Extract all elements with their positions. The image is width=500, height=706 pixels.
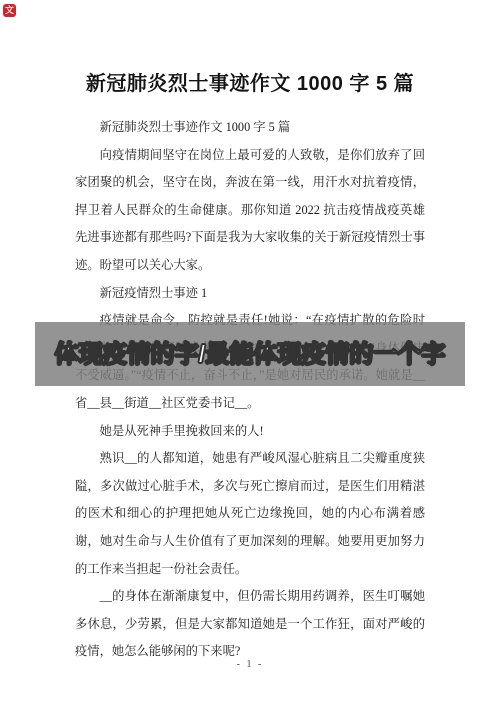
paragraph-story-4: __的身体在渐渐康复中，但仍需长期用药调养，医生叮嘱她多休息，少劳累，但是大家都… bbox=[75, 583, 425, 666]
watermark-text: 体现疫情的字/最能体现疫情的一个字 bbox=[47, 341, 454, 368]
document-title: 新冠肺炎烈士事迹作文 1000 字 5 篇 bbox=[75, 70, 425, 98]
document-text: 新冠肺炎烈士事迹作文 1000 字 5 篇 向疫情期间坚守在岗位上最可爱的人致敬… bbox=[75, 114, 425, 666]
site-logo-icon: 文 bbox=[3, 4, 16, 17]
paragraph-subtitle: 新冠肺炎烈士事迹作文 1000 字 5 篇 bbox=[75, 114, 425, 142]
paragraph-story-2: 她是从死神手里挽救回来的人! bbox=[75, 418, 425, 446]
watermark-overlay: 体现疫情的字/最能体现疫情的一个字 bbox=[35, 322, 465, 386]
document-page: 文 新冠肺炎烈士事迹作文 1000 字 5 篇 新冠肺炎烈士事迹作文 1000 … bbox=[0, 0, 500, 706]
paragraph-story-3: 熟识__的人都知道，她患有严峻风湿心脏病且二尖瓣重度狭隘，多次做过心脏手术，多次… bbox=[75, 445, 425, 583]
paragraph-intro: 向疫情期间坚守在岗位上最可爱的人致敬，是你们放弃了回家团聚的机会，坚守在岗，奔波… bbox=[75, 142, 425, 280]
paragraph-section-heading: 新冠疫情烈士事迹 1 bbox=[75, 280, 425, 308]
page-number: - 1 - bbox=[0, 659, 500, 670]
